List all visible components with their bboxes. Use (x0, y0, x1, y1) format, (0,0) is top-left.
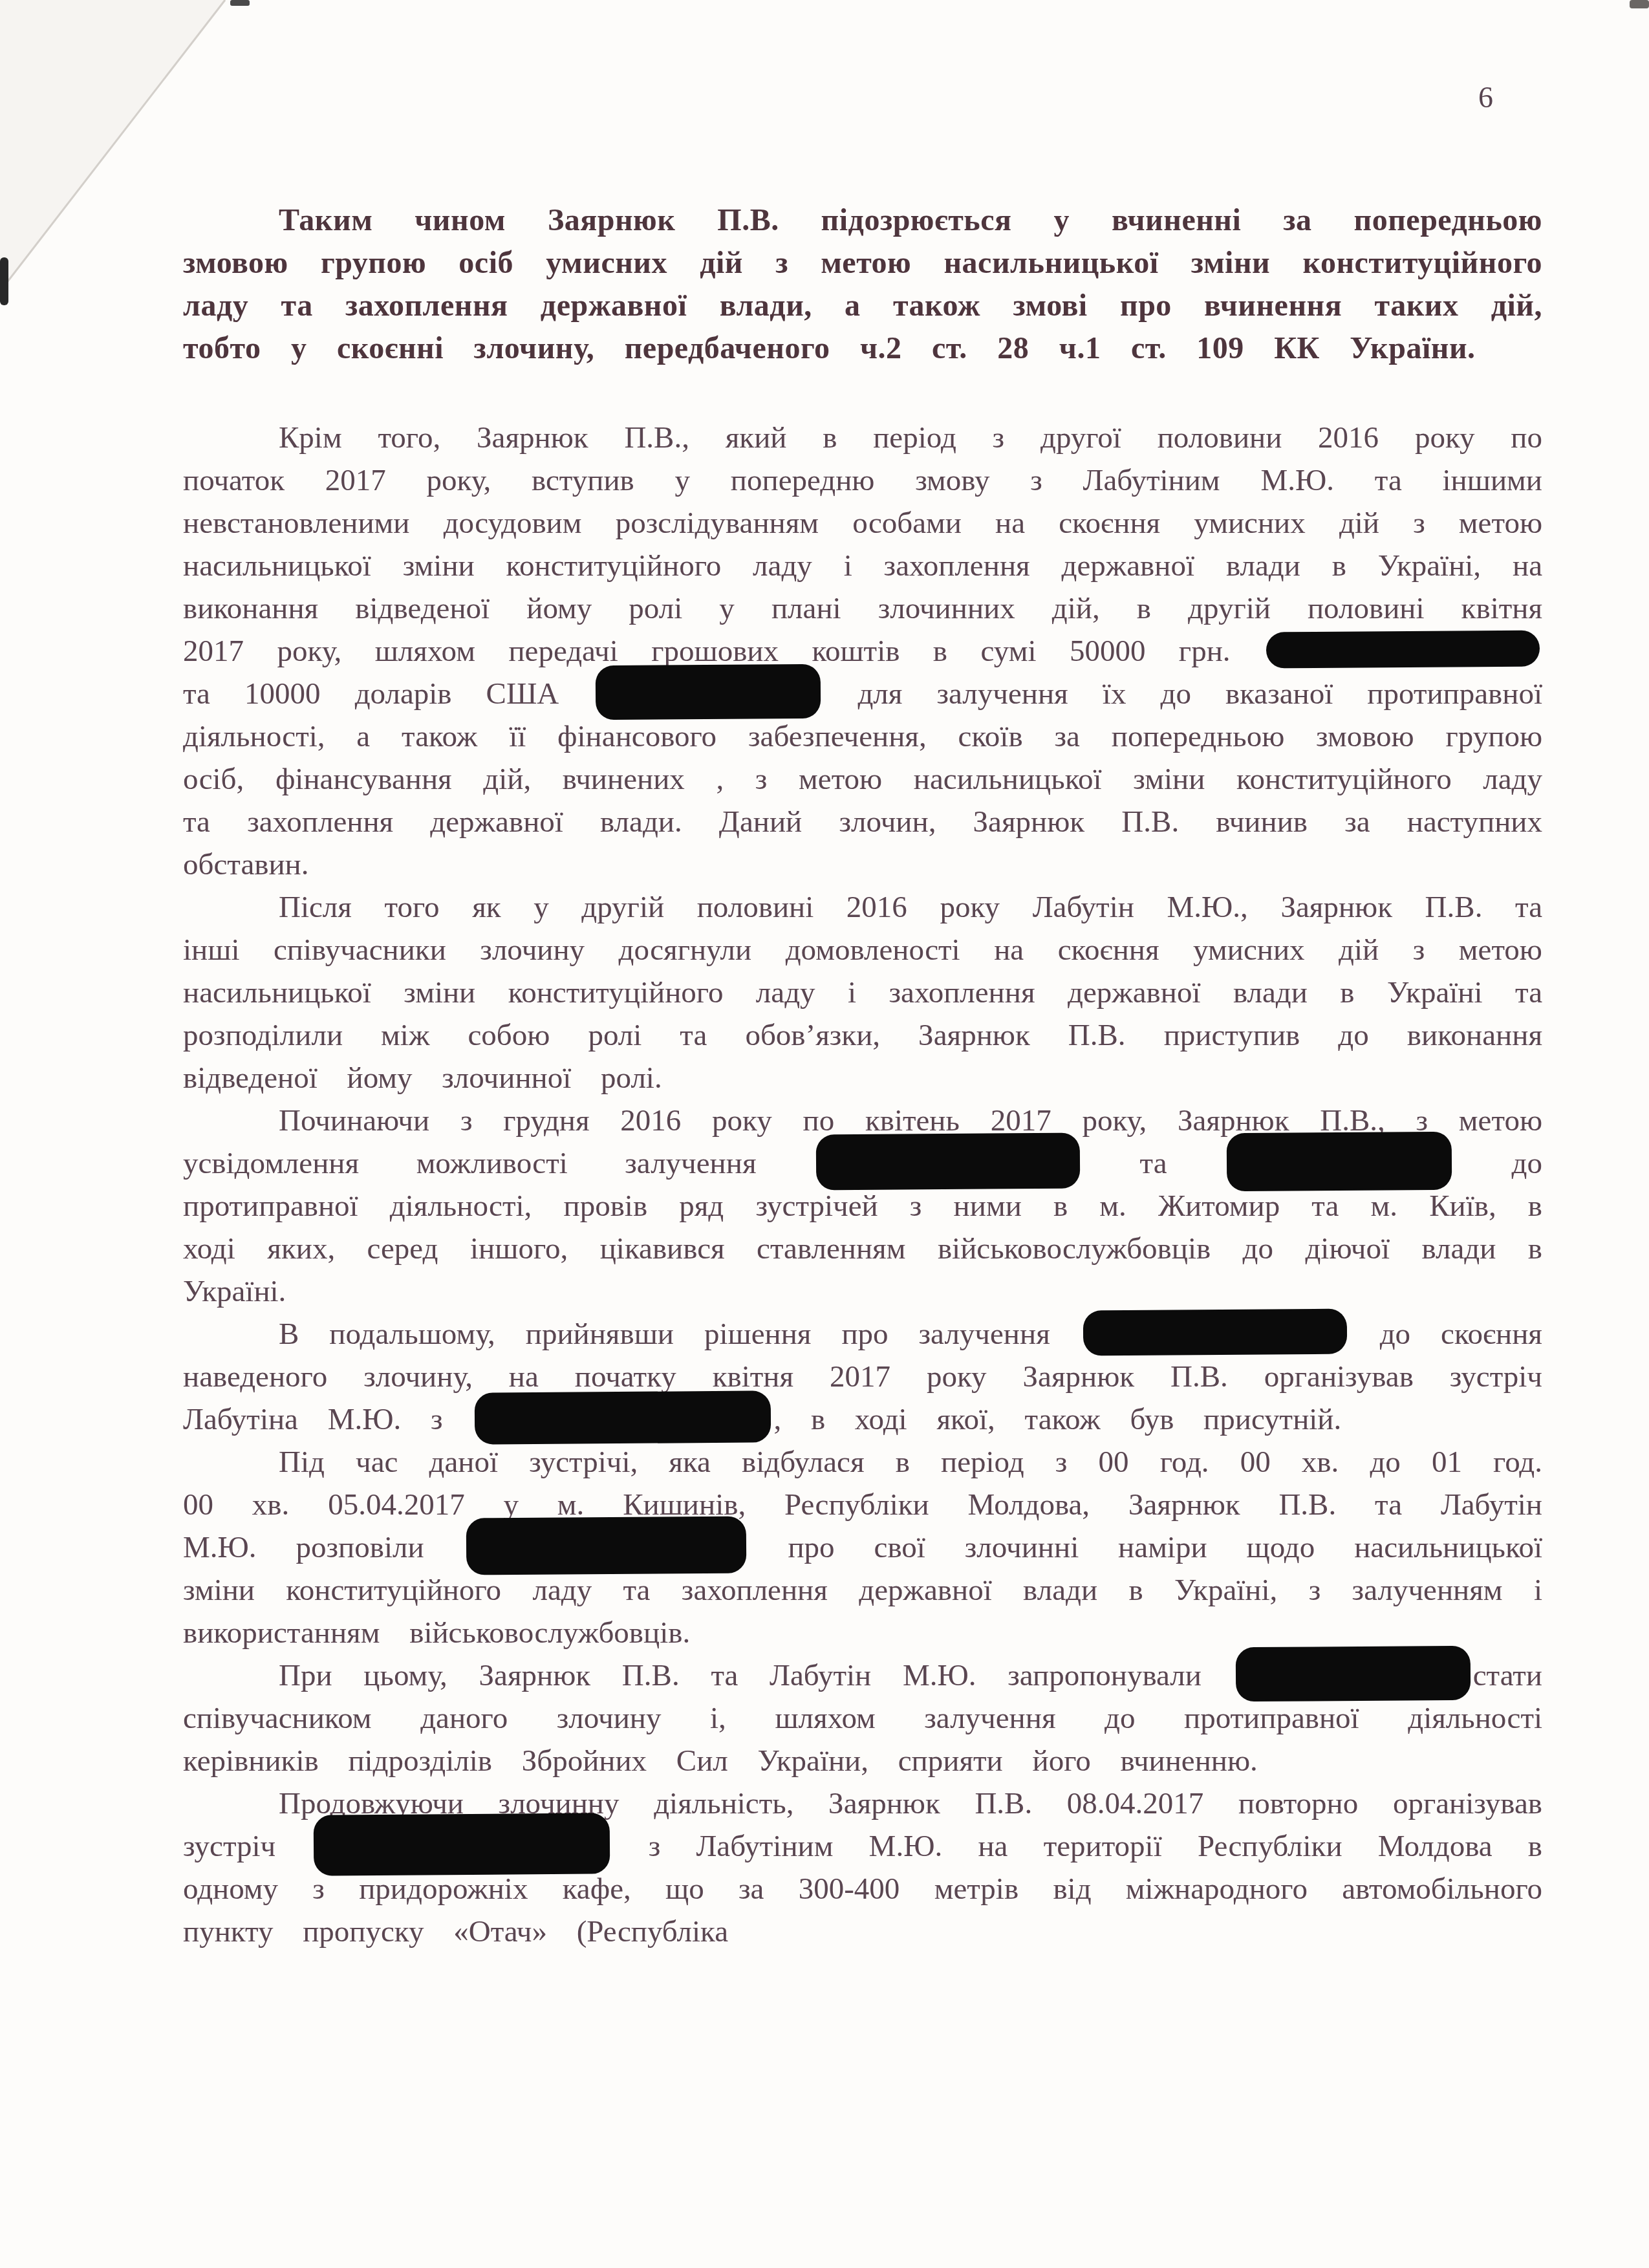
scan-mark-left-edge (0, 257, 8, 305)
paragraph: При цьому, Заярнюк П.В. та Лабутін М.Ю. … (183, 1654, 1542, 1782)
paragraph: Після того як у другій половині 2016 рок… (183, 886, 1542, 1099)
page-number: 6 (1478, 81, 1493, 114)
paragraph: В подальшому, прийнявши рішення про залу… (183, 1313, 1542, 1441)
redaction-box (1269, 635, 1537, 664)
document-page: 6 Таким чином Заярнюк П.В. підозрюється … (0, 0, 1649, 2268)
redaction-box (1238, 1659, 1468, 1688)
redaction-box (477, 1403, 768, 1432)
redaction-box (819, 1147, 1077, 1176)
redaction-box (469, 1531, 744, 1560)
redaction-box (1086, 1318, 1344, 1346)
scan-mark-top (230, 0, 250, 6)
paragraph: Таким чином Заярнюк П.В. підозрюється у … (183, 199, 1542, 370)
redaction-box (598, 678, 818, 706)
paragraph: Під час даної зустрічі, яка відбулася в … (183, 1441, 1542, 1654)
scan-mark-top-right (1630, 0, 1649, 8)
redaction-box (316, 1830, 607, 1859)
paragraph: Починаючи з грудня 2016 року по квітень … (183, 1099, 1542, 1313)
paragraph: Продовжуючи злочинну діяльність, Заярнюк… (183, 1782, 1542, 1953)
paragraph: Крім того, Заярнюк П.В., який в період з… (183, 416, 1542, 886)
redaction-box (1229, 1147, 1449, 1176)
document-body: Таким чином Заярнюк П.В. підозрюється у … (183, 199, 1542, 1953)
